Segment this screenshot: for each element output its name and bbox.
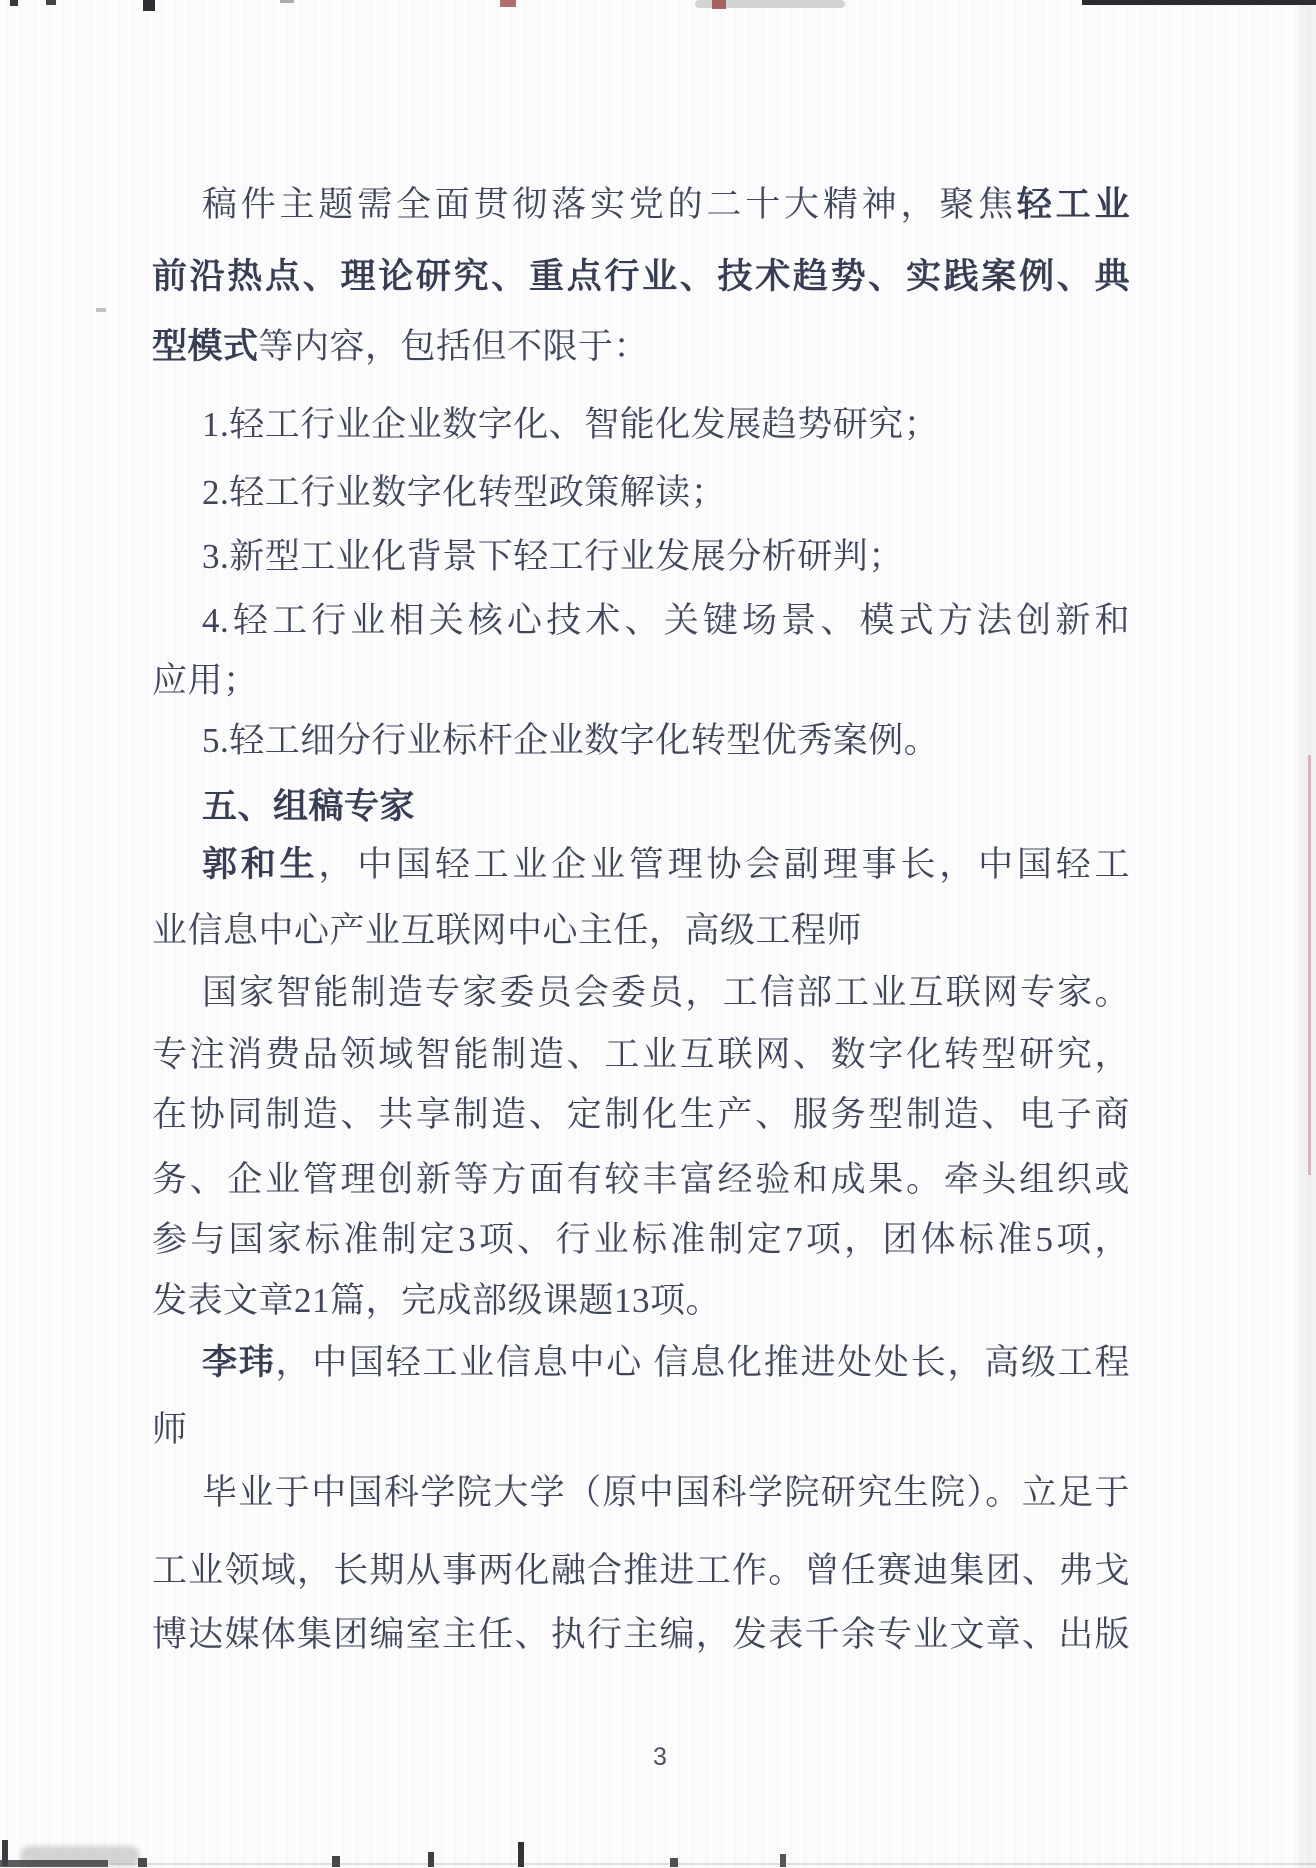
list-item-4: 4.轻工行业相关核心技术、关键场景、模式方法创新和 — [152, 596, 1130, 646]
scan-artifact — [143, 0, 155, 11]
text-run: 稿件主题需全面贯彻落实党的二十大精神，聚焦 — [202, 185, 1017, 224]
text-line: 型模式等内容，包括但不限于： — [152, 322, 1130, 372]
scan-artifact — [1308, 755, 1311, 1175]
text-run: 专注消费品领域智能制造、工业互联网、数字化转型研究， — [152, 1035, 1130, 1074]
scan-artifact — [10, 0, 18, 6]
text-run-bold: 五、组稿专家 — [202, 787, 415, 826]
text-run: 3.新型工业化背景下轻工行业发展分析研判； — [202, 537, 904, 576]
list-item-2: 2.轻工行业数字化转型政策解读； — [152, 468, 1130, 518]
text-run: 毕业于中国科学院大学（原中国科学院研究生院）。立足于 — [202, 1473, 1130, 1512]
list-item-3: 3.新型工业化背景下轻工行业发展分析研判； — [152, 532, 1130, 582]
scan-artifact — [1082, 0, 1316, 5]
list-item-1: 1.轻工行业企业数字化、智能化发展趋势研究； — [152, 400, 1130, 450]
text-line: 稿件主题需全面贯彻落实党的二十大精神，聚焦轻工业 — [152, 180, 1130, 230]
text-run: ，中国轻工业企业管理协会副理事长，中国轻工 — [318, 845, 1130, 884]
text-line: 国家智能制造专家委员会委员，工信部工业互联网专家。 — [152, 968, 1130, 1018]
text-run-bold: 李玮 — [202, 1343, 276, 1382]
text-run: 在协同制造、共享制造、定制化生产、服务型制造、电子商 — [152, 1095, 1130, 1134]
text-run: 1.轻工行业企业数字化、智能化发展趋势研究； — [202, 405, 939, 444]
section-heading: 五、组稿专家 — [152, 782, 1130, 832]
text-line: 务、企业管理创新等方面有较丰富经验和成果。牵头组织或 — [152, 1155, 1130, 1205]
text-run: 国家智能制造专家委员会委员，工信部工业互联网专家。 — [202, 973, 1130, 1012]
list-item-5: 5.轻工细分行业标杆企业数字化转型优秀案例。 — [152, 716, 1130, 766]
text-line: 在协同制造、共享制造、定制化生产、服务型制造、电子商 — [152, 1090, 1130, 1140]
scan-artifact — [110, 1863, 1316, 1865]
scan-artifact — [280, 0, 294, 3]
text-run: 5.轻工细分行业标杆企业数字化转型优秀案例。 — [202, 721, 939, 760]
text-line: 参与国家标准制定3项、行业标准制定7项，团体标准5项， — [152, 1215, 1130, 1265]
text-run: ，中国轻工业信息中心 信息化推进处处长，高级工程 — [276, 1343, 1130, 1382]
text-run: 发表文章21篇，完成部级课题13项。 — [152, 1281, 721, 1320]
scan-artifact — [712, 0, 726, 9]
text-line: 业信息中心产业互联网中心主任，高级工程师 — [152, 906, 1130, 956]
text-line: 发表文章21篇，完成部级课题13项。 — [152, 1276, 1130, 1326]
text-line: 应用； — [152, 656, 1130, 706]
text-line: 师 — [152, 1405, 1130, 1455]
text-run: 4.轻工行业相关核心技术、关键场景、模式方法创新和 — [202, 601, 1130, 640]
text-line: 李玮，中国轻工业信息中心 信息化推进处处长，高级工程 — [152, 1338, 1130, 1388]
text-line: 毕业于中国科学院大学（原中国科学院研究生院）。立足于 — [152, 1468, 1130, 1518]
text-line: 郭和生，中国轻工业企业管理协会副理事长，中国轻工 — [152, 840, 1130, 890]
text-run: 业信息中心产业互联网中心主任，高级工程师 — [152, 911, 862, 950]
text-run-bold: 型模式 — [152, 327, 259, 366]
scanned-document-page: { "document": { "page_number": "3", "col… — [0, 0, 1316, 1868]
text-run: 工业领域，长期从事两化融合推进工作。曾任赛迪集团、弗戈 — [152, 1551, 1130, 1590]
text-line: 专注消费品领域智能制造、工业互联网、数字化转型研究， — [152, 1030, 1130, 1080]
text-run-bold: 郭和生 — [202, 845, 318, 884]
text-line: 工业领域，长期从事两化融合推进工作。曾任赛迪集团、弗戈 — [152, 1546, 1130, 1596]
scan-artifact — [500, 0, 516, 7]
text-run: 应用； — [152, 661, 259, 700]
text-run: 等内容，包括但不限于： — [259, 327, 650, 366]
scan-artifact — [0, 1860, 108, 1867]
text-run-bold: 轻工业 — [1017, 185, 1130, 224]
text-line: 前沿热点、理论研究、重点行业、技术趋势、实践案例、典 — [152, 252, 1130, 302]
scan-artifact — [332, 1856, 340, 1867]
text-line: 博达媒体集团编室主任、执行主编，发表千余专业文章、出版 — [152, 1610, 1130, 1660]
scan-artifact — [96, 308, 106, 312]
text-run: 务、企业管理创新等方面有较丰富经验和成果。牵头组织或 — [152, 1160, 1130, 1199]
text-run: 师 — [152, 1410, 188, 1449]
text-run-bold: 前沿热点、理论研究、重点行业、技术趋势、实践案例、典 — [152, 257, 1130, 296]
scan-artifact — [780, 1854, 786, 1867]
scan-artifact — [46, 0, 56, 5]
scan-artifact — [1298, 0, 1316, 1868]
text-run: 博达媒体集团编室主任、执行主编，发表千余专业文章、出版 — [152, 1615, 1130, 1654]
text-run: 参与国家标准制定3项、行业标准制定7项，团体标准5项， — [152, 1220, 1130, 1259]
page-number: 3 — [638, 1743, 682, 1772]
text-run: 2.轻工行业数字化转型政策解读； — [202, 473, 726, 512]
